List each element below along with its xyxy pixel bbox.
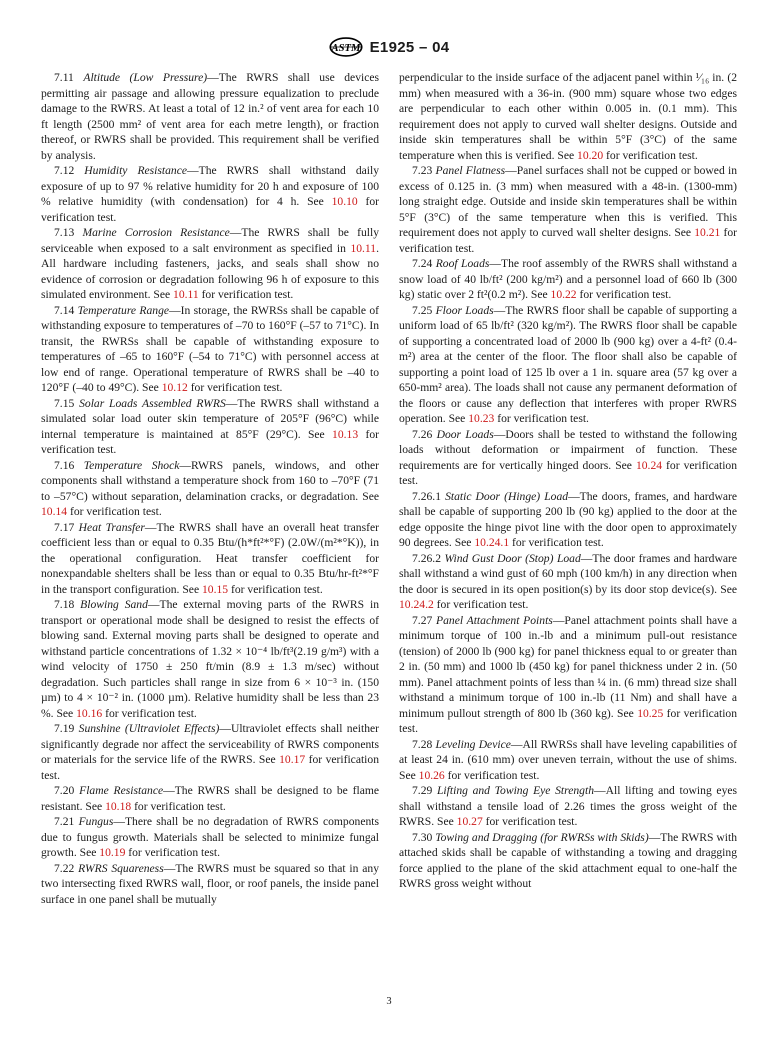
body-text: for verification test. xyxy=(131,800,226,813)
body-text: 7.22 xyxy=(54,862,78,875)
body-text: 7.19 xyxy=(54,722,79,735)
section-xref-link[interactable]: 10.25 xyxy=(637,707,663,720)
paragraph: 7.27 Panel Attachment Points—Panel attac… xyxy=(399,613,737,737)
page-number: 3 xyxy=(386,996,391,1007)
section-title: Altitude (Low Pressure) xyxy=(83,71,207,84)
section-title: Wind Gust Door (Stop) Load xyxy=(444,552,580,565)
body-text: 7.17 xyxy=(54,521,79,534)
body-text: 7.27 xyxy=(412,614,436,627)
paragraph: 7.23 Panel Flatness—Panel surfaces shall… xyxy=(399,163,737,256)
body-text: 7.28 xyxy=(412,738,436,751)
body-text: 7.15 xyxy=(54,397,79,410)
paragraph: 7.28 Leveling Device—All RWRSs shall hav… xyxy=(399,737,737,784)
body-text: for verification test. xyxy=(445,769,540,782)
paragraph: 7.20 Flame Resistance—The RWRS shall be … xyxy=(41,783,379,814)
section-xref-link[interactable]: 10.24.1 xyxy=(474,536,509,549)
body-text: for verification test. xyxy=(509,536,604,549)
body-text: for verification test. xyxy=(494,412,589,425)
paragraph: 7.25 Floor Loads—The RWRS floor shall be… xyxy=(399,303,737,427)
section-title: Marine Corrosion Resistance xyxy=(82,226,229,239)
section-xref-link[interactable]: 10.15 xyxy=(202,583,228,596)
body-text: —The RWRS shall use devices permitting a… xyxy=(41,71,379,162)
section-title: Lifting and Towing Eye Strength xyxy=(437,784,594,797)
body-text: for verification test. xyxy=(603,149,698,162)
section-xref-link[interactable]: 10.11 xyxy=(350,242,376,255)
paragraph: 7.14 Temperature Range—In storage, the R… xyxy=(41,303,379,396)
section-title: Roof Loads xyxy=(436,257,490,270)
section-xref-link[interactable]: 10.26 xyxy=(419,769,445,782)
body-text: 7.20 xyxy=(54,784,79,797)
body-text: 7.14 xyxy=(54,304,78,317)
section-title: Static Door (Hinge) Load xyxy=(445,490,568,503)
section-xref-link[interactable]: 10.22 xyxy=(551,288,577,301)
paragraph: 7.24 Roof Loads—The roof assembly of the… xyxy=(399,256,737,303)
paragraph: 7.17 Heat Transfer—The RWRS shall have a… xyxy=(41,520,379,598)
paragraph: 7.15 Solar Loads Assembled RWRS—The RWRS… xyxy=(41,396,379,458)
section-title: Panel Flatness xyxy=(436,164,506,177)
body-text: —Panel attachment points shall have a mi… xyxy=(399,614,737,720)
document-page: ASTM E1925 – 04 7.11 Altitude (Low Press… xyxy=(0,0,778,1041)
section-xref-link[interactable]: 10.21 xyxy=(694,226,720,239)
section-xref-link[interactable]: 10.13 xyxy=(332,428,358,441)
section-xref-link[interactable]: 10.24.2 xyxy=(399,598,434,611)
body-text: 7.11 xyxy=(54,71,83,84)
paragraph: 7.16 Temperature Shock—RWRS panels, wind… xyxy=(41,458,379,520)
paragraph: 7.18 Blowing Sand—The external moving pa… xyxy=(41,597,379,721)
section-title: Door Loads xyxy=(437,428,494,441)
section-xref-link[interactable]: 10.23 xyxy=(468,412,494,425)
body-text: 7.24 xyxy=(412,257,436,270)
body-text: 7.18 xyxy=(54,598,80,611)
section-title: Panel Attachment Points xyxy=(436,614,553,627)
body-text: for verification test. xyxy=(102,707,197,720)
body-text: 7.21 xyxy=(54,815,79,828)
body-text: 7.30 xyxy=(412,831,435,844)
body-text: for verification test. xyxy=(188,381,283,394)
standard-designation: E1925 – 04 xyxy=(370,39,450,56)
section-title: RWRS Squareness xyxy=(78,862,164,875)
page-footer: 3 xyxy=(0,996,778,1007)
paragraph: 7.26 Door Loads—Doors shall be tested to… xyxy=(399,427,737,489)
section-xref-link[interactable]: 10.24 xyxy=(636,459,662,472)
section-title: Temperature Shock xyxy=(84,459,180,472)
section-title: Humidity Resistance xyxy=(84,164,187,177)
left-column: 7.11 Altitude (Low Pressure)—The RWRS sh… xyxy=(41,70,379,907)
body-text: for verification test. xyxy=(125,846,220,859)
section-title: Fungus xyxy=(79,815,114,828)
section-title: Flame Resistance xyxy=(79,784,163,797)
paragraph: 7.21 Fungus—There shall be no degradatio… xyxy=(41,814,379,861)
section-xref-link[interactable]: 10.20 xyxy=(577,149,603,162)
section-xref-link[interactable]: 10.18 xyxy=(105,800,131,813)
right-column: perpendicular to the inside surface of t… xyxy=(399,70,737,907)
section-xref-link[interactable]: 10.17 xyxy=(279,753,305,766)
section-xref-link[interactable]: 10.16 xyxy=(76,707,102,720)
body-text: 7.29 xyxy=(412,784,437,797)
section-title: Sunshine (Ultraviolet Effects) xyxy=(79,722,220,735)
body-text: for verification test. xyxy=(483,815,578,828)
body-text: 7.12 xyxy=(54,164,84,177)
section-title: Leveling Device xyxy=(436,738,511,751)
section-title: Heat Transfer xyxy=(79,521,145,534)
section-title: Blowing Sand xyxy=(80,598,148,611)
section-xref-link[interactable]: 10.19 xyxy=(99,846,125,859)
body-text: 7.26 xyxy=(412,428,437,441)
body-text: 7.26.1 xyxy=(412,490,445,503)
paragraph: 7.30 Towing and Dragging (for RWRSs with… xyxy=(399,830,737,892)
paragraph: 7.26.1 Static Door (Hinge) Load—The door… xyxy=(399,489,737,551)
paragraph: 7.12 Humidity Resistance—The RWRS shall … xyxy=(41,163,379,225)
astm-logo-monogram: ASTM xyxy=(330,43,360,54)
section-title: Towing and Dragging (for RWRSs with Skid… xyxy=(435,831,648,844)
body-text: —The external moving parts of the RWRS i… xyxy=(41,598,379,720)
body-text: 7.26.2 xyxy=(412,552,444,565)
paragraph: 7.29 Lifting and Towing Eye Strength—All… xyxy=(399,783,737,830)
section-xref-link[interactable]: 10.14 xyxy=(41,505,67,518)
section-xref-link[interactable]: 10.10 xyxy=(332,195,358,208)
paragraph: 7.13 Marine Corrosion Resistance—The RWR… xyxy=(41,225,379,303)
paragraph: 7.22 RWRS Squareness—The RWRS must be sq… xyxy=(41,861,379,908)
body-text: —The RWRS floor shall be capable of supp… xyxy=(399,304,737,426)
body-text: 7.13 xyxy=(54,226,82,239)
body-text: 7.23 xyxy=(412,164,436,177)
page-header: ASTM E1925 – 04 xyxy=(0,36,778,58)
section-xref-link[interactable]: 10.27 xyxy=(457,815,483,828)
paragraph: 7.19 Sunshine (Ultraviolet Effects)—Ultr… xyxy=(41,721,379,783)
body-text: for verification test. xyxy=(434,598,529,611)
paragraph-continuation: perpendicular to the inside surface of t… xyxy=(399,70,737,163)
section-title: Temperature Range xyxy=(78,304,169,317)
paragraph: 7.11 Altitude (Low Pressure)—The RWRS sh… xyxy=(41,70,379,163)
section-xref-link[interactable]: 10.11 xyxy=(173,288,199,301)
body-text: 7.25 xyxy=(412,304,436,317)
body-text: for verification test. xyxy=(577,288,672,301)
section-title: Floor Loads xyxy=(436,304,494,317)
body-text: for verification test. xyxy=(67,505,162,518)
body-text: 7.16 xyxy=(54,459,84,472)
section-xref-link[interactable]: 10.12 xyxy=(162,381,188,394)
section-title: Solar Loads Assembled RWRS xyxy=(79,397,226,410)
body-text: for verification test. xyxy=(199,288,294,301)
text-columns: 7.11 Altitude (Low Pressure)—The RWRS sh… xyxy=(41,70,737,907)
paragraph: 7.26.2 Wind Gust Door (Stop) Load—The do… xyxy=(399,551,737,613)
body-text: for verification test. xyxy=(228,583,323,596)
astm-logo-icon: ASTM xyxy=(329,36,363,58)
